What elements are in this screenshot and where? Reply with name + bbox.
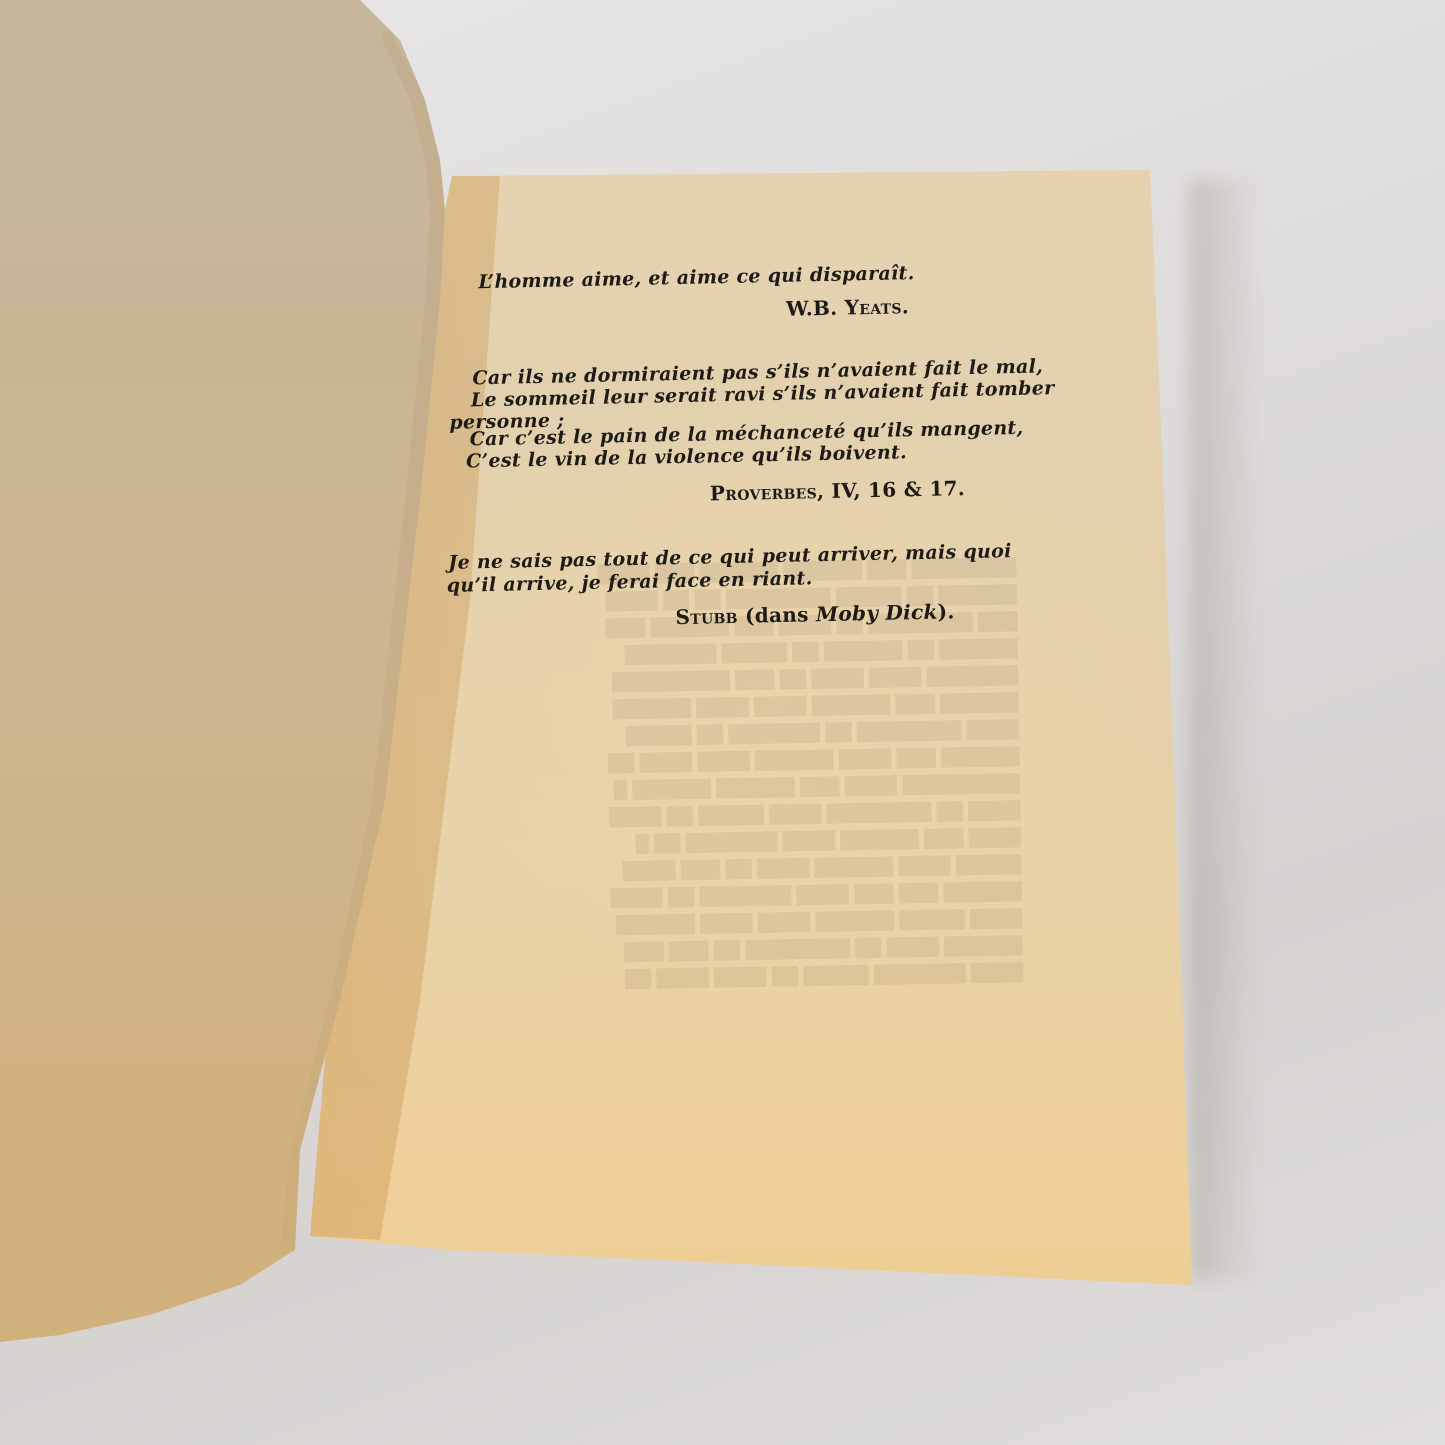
book-shadow [1190, 180, 1260, 1280]
epigraph-3-attribution-pre: (dans [737, 602, 816, 628]
epigraph-3-attribution-post: ). [937, 599, 955, 623]
epigraph-3-attribution-name: Stubb [675, 604, 738, 629]
epigraph-3-attribution-work: Moby Dick [816, 600, 938, 627]
photo-scene: ████████ ███ ██████ ██████ ███ ████ ████… [0, 0, 1445, 1445]
epigraph-1-attribution: W.B. Yeats. [786, 294, 909, 321]
